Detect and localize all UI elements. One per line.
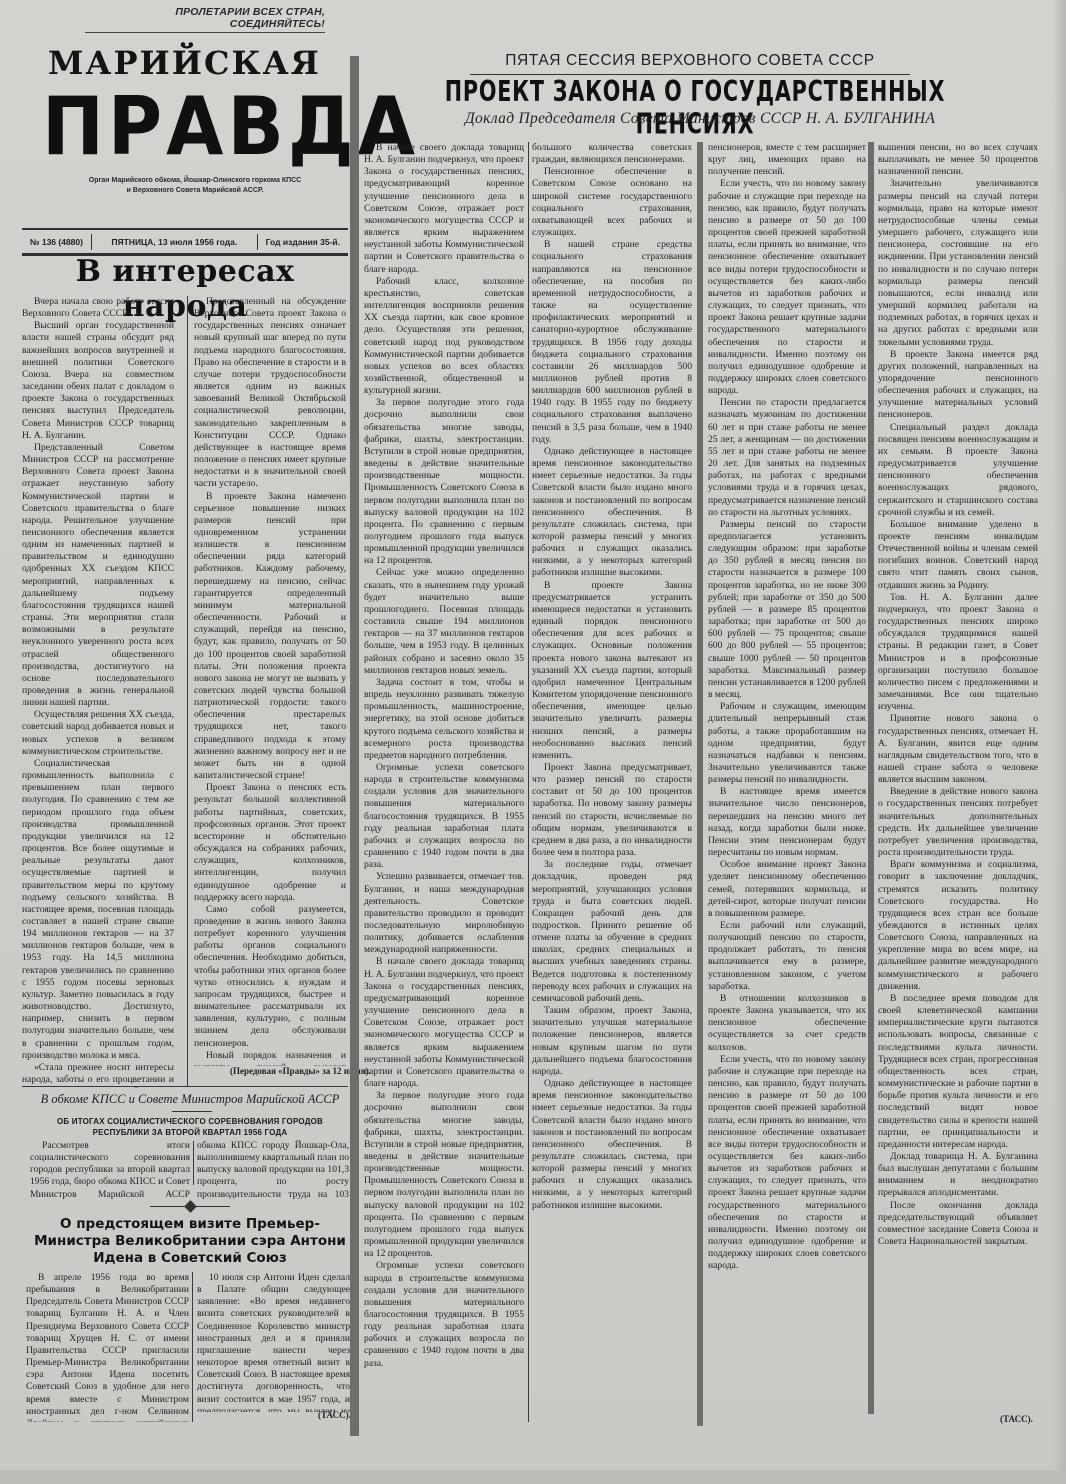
obkom-headline: ОБ ИТОГАХ СОЦИАЛИСТИЧЕСКОГО СОРЕВНОВАНИЯ…: [30, 1116, 350, 1138]
paragraph: Пенсии по старости предлагается назначат…: [708, 397, 866, 519]
obkom-column-2: обкома КПСС городу Йошкар-Ола, выполнивш…: [197, 1140, 349, 1200]
paragraph: В апреле 1956 года во время пребывания в…: [26, 1272, 189, 1422]
newspaper-title-main: ПРАВДА: [42, 84, 332, 170]
paragraph: Задача состоит в том, чтобы и впредь неу…: [364, 677, 524, 762]
page-gutter: [350, 56, 359, 1436]
ornament-icon: [184, 1200, 197, 1213]
issue-info-bar: № 136 (4880) ПЯТНИЦА, 13 июля 1956 года.…: [22, 232, 348, 252]
paragraph: Однако действующее в настоящее время пен…: [532, 1078, 692, 1212]
divider: [172, 1111, 212, 1112]
column-gutter: [697, 142, 703, 1426]
paragraph: Особое внимание проект Закона уделяет пе…: [708, 859, 866, 920]
eden-column-1: В апреле 1956 года во время пребывания в…: [26, 1272, 189, 1422]
report-column-2: большого количества советских граждан, я…: [532, 142, 692, 1422]
paragraph: Успешно развивается, отмечает тов. Булга…: [364, 871, 524, 956]
section-divider: [22, 1086, 348, 1087]
paragraph: «Стала прежнее носит интересы народа, за…: [22, 1062, 174, 1088]
report-column-1: В начале своего доклада товарищ Н. А. Бу…: [364, 142, 524, 1422]
paragraph: В начале своего доклада товарищ Н. А. Бу…: [364, 142, 524, 276]
publisher-line-2: и Верховного Совета Марийской АССР.: [60, 186, 330, 196]
paragraph: Если учесть, что по новому закону рабочи…: [708, 1054, 866, 1273]
paragraph: За последние годы, отмечает докладчик, п…: [532, 859, 692, 1005]
paragraph: Само собой разумеется, проведение в жизн…: [194, 904, 346, 1050]
obkom-column-1: Рассмотрев итоги социалистического сорев…: [30, 1140, 190, 1200]
column-divider: [192, 1272, 193, 1422]
paragraph: Представленный на обсуждение Верховного …: [194, 296, 346, 491]
paragraph: Проект Закона предусматривает, что разме…: [532, 762, 692, 859]
paragraph: Если учесть, что по новому закону рабочи…: [708, 178, 866, 397]
column-divider: [528, 142, 529, 1422]
paragraph: Принятие нового закона о государственных…: [878, 713, 1038, 786]
paragraph: большого количества советских граждан, я…: [532, 142, 692, 166]
report-headline: ПРОЕКТ ЗАКОНА О ГОСУДАРСТВЕННЫХ ПЕНСИЯХ: [395, 76, 995, 141]
paragraph: Размеры пенсий по старости предполагаетс…: [708, 519, 866, 701]
newspaper-page: ПРОЛЕТАРИИ ВСЕХ СТРАН, СОЕДИНЯЙТЕСЬ! МАР…: [0, 0, 1066, 1484]
paragraph: вышения пенсии, но во всех случаях выпла…: [878, 142, 1038, 178]
editorial-column-1: Вчера начала свою работу сессия Верховно…: [22, 296, 174, 1088]
paragraph: За первое полугодие этого года досрочно …: [364, 397, 524, 567]
paragraph: В отношении колхозников в проекте Закона…: [708, 993, 866, 1054]
paragraph: В нашей стране средства социального стра…: [532, 239, 692, 446]
paragraph: Таким образом, проект Закона, значительн…: [532, 1005, 692, 1078]
paragraph: Рабочим и служащим, имеющим длительный н…: [708, 701, 866, 786]
eden-source: (ТАСС).: [318, 1410, 351, 1420]
paragraph: пенсионеров, вместе с тем расширяет круг…: [708, 142, 866, 178]
paragraph: Осуществляя решения XX съезда, советский…: [22, 709, 174, 758]
paragraph: Высший орган государственной власти наше…: [22, 320, 174, 442]
paragraph: Пенсионное обеспечение в Советском Союзе…: [532, 166, 692, 239]
column-divider: [193, 1141, 194, 1185]
publisher-line-1: Орган Марийского обкома, Йошкар-Олинског…: [60, 176, 330, 186]
paragraph: В настоящее время имеется значительное ч…: [708, 786, 866, 859]
publication-year: Год издания 35-й.: [258, 234, 348, 250]
paragraph: Рабочий класс, колхозное крестьянство, с…: [364, 276, 524, 398]
paragraph: Тов. Н. А. Булганин далее подчеркнул, чт…: [878, 592, 1038, 714]
paragraph: Сейчас уже можно определенно сказать, чт…: [364, 567, 524, 676]
paragraph: Значительно увеличиваются размеры пенсий…: [878, 178, 1038, 348]
scan-edge: [0, 1470, 1066, 1484]
paragraph: Специальный раздел доклада посвящен пенс…: [878, 422, 1038, 519]
paragraph: После окончания доклада председательству…: [878, 1200, 1038, 1249]
paragraph: Однако действующее в настоящее время пен…: [532, 446, 692, 580]
issue-number: № 136 (4880): [22, 234, 91, 250]
report-column-4: вышения пенсии, но во всех случаях выпла…: [878, 142, 1038, 1392]
paragraph: обкома КПСС городу Йошкар-Ола, выполнивш…: [197, 1140, 349, 1200]
paragraph: Введение в действие нового закона о госу…: [878, 786, 1038, 859]
session-kicker: ПЯТАЯ СЕССИЯ ВЕРХОВНОГО СОВЕТА СССР: [470, 52, 910, 75]
eden-visit-headline: О предстоящем визите Премьер-Министра Ве…: [30, 1216, 350, 1267]
paragraph: В проекте Закона предусматривается устра…: [532, 580, 692, 762]
paragraph: В проекте Закона имеется ряд других поло…: [878, 349, 1038, 422]
paragraph: Вчера начала свою работу сессия Верховно…: [22, 296, 174, 320]
masthead-slogan: ПРОЛЕТАРИИ ВСЕХ СТРАН, СОЕДИНЯЙТЕСЬ!: [85, 6, 325, 33]
report-column-3: пенсионеров, вместе с тем расширяет круг…: [708, 142, 866, 1422]
report-source: (ТАСС).: [1000, 1414, 1033, 1424]
paragraph: Огромные успехи советского народа в стро…: [364, 1260, 524, 1369]
paragraph: За первое полугодие этого года досрочно …: [364, 1090, 524, 1260]
paragraph: Враги коммунизма и социализма, говорит в…: [878, 859, 1038, 993]
paragraph: Новый порядок назначения и выплаты пенси…: [194, 1050, 346, 1066]
paragraph: Проект Закона о пенсиях есть результат б…: [194, 782, 346, 904]
paragraph: В последнее время поводом для своей клев…: [878, 993, 1038, 1151]
scan-edge: [1052, 0, 1066, 1484]
paragraph: Социалистическая промышленность выполнил…: [22, 758, 174, 1062]
section-title: В обкоме КПСС и Совете Министров Марийск…: [30, 1092, 350, 1107]
editorial-column-2: Представленный на обсуждение Верховного …: [194, 296, 346, 1066]
eden-column-2: 10 июля сэр Антони Иден сделал в Палате …: [197, 1272, 350, 1412]
publisher-line: Орган Марийского обкома, Йошкар-Олинског…: [60, 176, 330, 196]
masthead-rule: [22, 228, 348, 230]
paragraph: Если рабочий или служащий, получающий пе…: [708, 920, 866, 993]
issue-date: ПЯТНИЦА, 13 июля 1956 года.: [92, 234, 257, 250]
paragraph: Представленный Советом Министров СССР на…: [22, 442, 174, 709]
paragraph: Доклад товарища Н. А. Булганина был высл…: [878, 1151, 1038, 1200]
paragraph: Огромные успехи советского народа в стро…: [364, 762, 524, 871]
paragraph: Рассмотрев итоги социалистического сорев…: [30, 1140, 190, 1200]
newspaper-title-top: МАРИЙСКАЯ: [48, 44, 348, 82]
paragraph: 10 июля сэр Антони Иден сделал в Палате …: [197, 1272, 350, 1412]
paragraph: В начале своего доклада товарищ Н. А. Бу…: [364, 956, 524, 1090]
column-divider: [187, 296, 188, 1086]
column-gutter: [868, 142, 874, 1414]
report-subheadline: Доклад Председателя Совета Министров ССС…: [420, 110, 980, 128]
paragraph: В проекте Закона намечено серьезное повы…: [194, 491, 346, 783]
paragraph: Большое внимание уделено в проекте пенси…: [878, 519, 1038, 592]
